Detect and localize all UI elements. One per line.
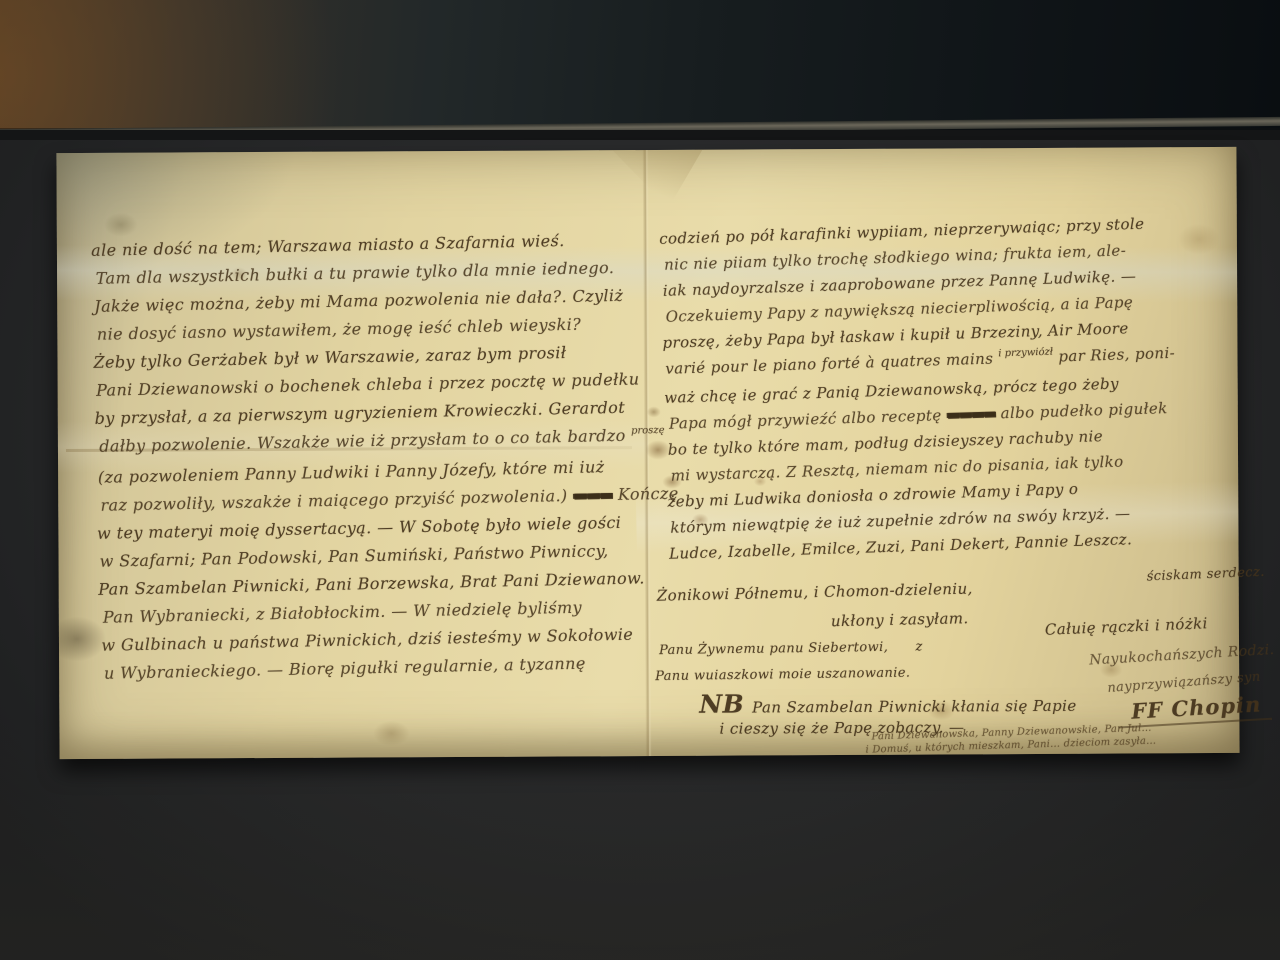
right-page-lines: codzień po pół karafinki wypiiam, nieprz… <box>659 208 1241 567</box>
nb-note-line1: NBPan Szambelan Piwnicki kłania się Papi… <box>699 688 1076 719</box>
nb-label: NB <box>699 690 744 719</box>
signature-wrap: FF Chopin <box>1117 695 1271 725</box>
letter-paper: ale nie dość na tem; Warszawa miasto a S… <box>56 147 1239 759</box>
crossed-out-word: ▬▬▬ <box>573 485 613 505</box>
interlinear-insert: proszę <box>631 425 665 437</box>
interlinear-insert: i przywiózł <box>998 347 1053 360</box>
crossed-out-word: ▬▬▬▬ <box>946 404 995 424</box>
museum-case-photo: ale nie dość na tem; Warszawa miasto a S… <box>0 0 1280 960</box>
postscript-mark: z <box>915 639 922 654</box>
left-page-lines: ale nie dość na tem; Warszawa miasto a S… <box>91 225 666 688</box>
regards-center: ukłony i zasyłam. <box>831 609 969 630</box>
